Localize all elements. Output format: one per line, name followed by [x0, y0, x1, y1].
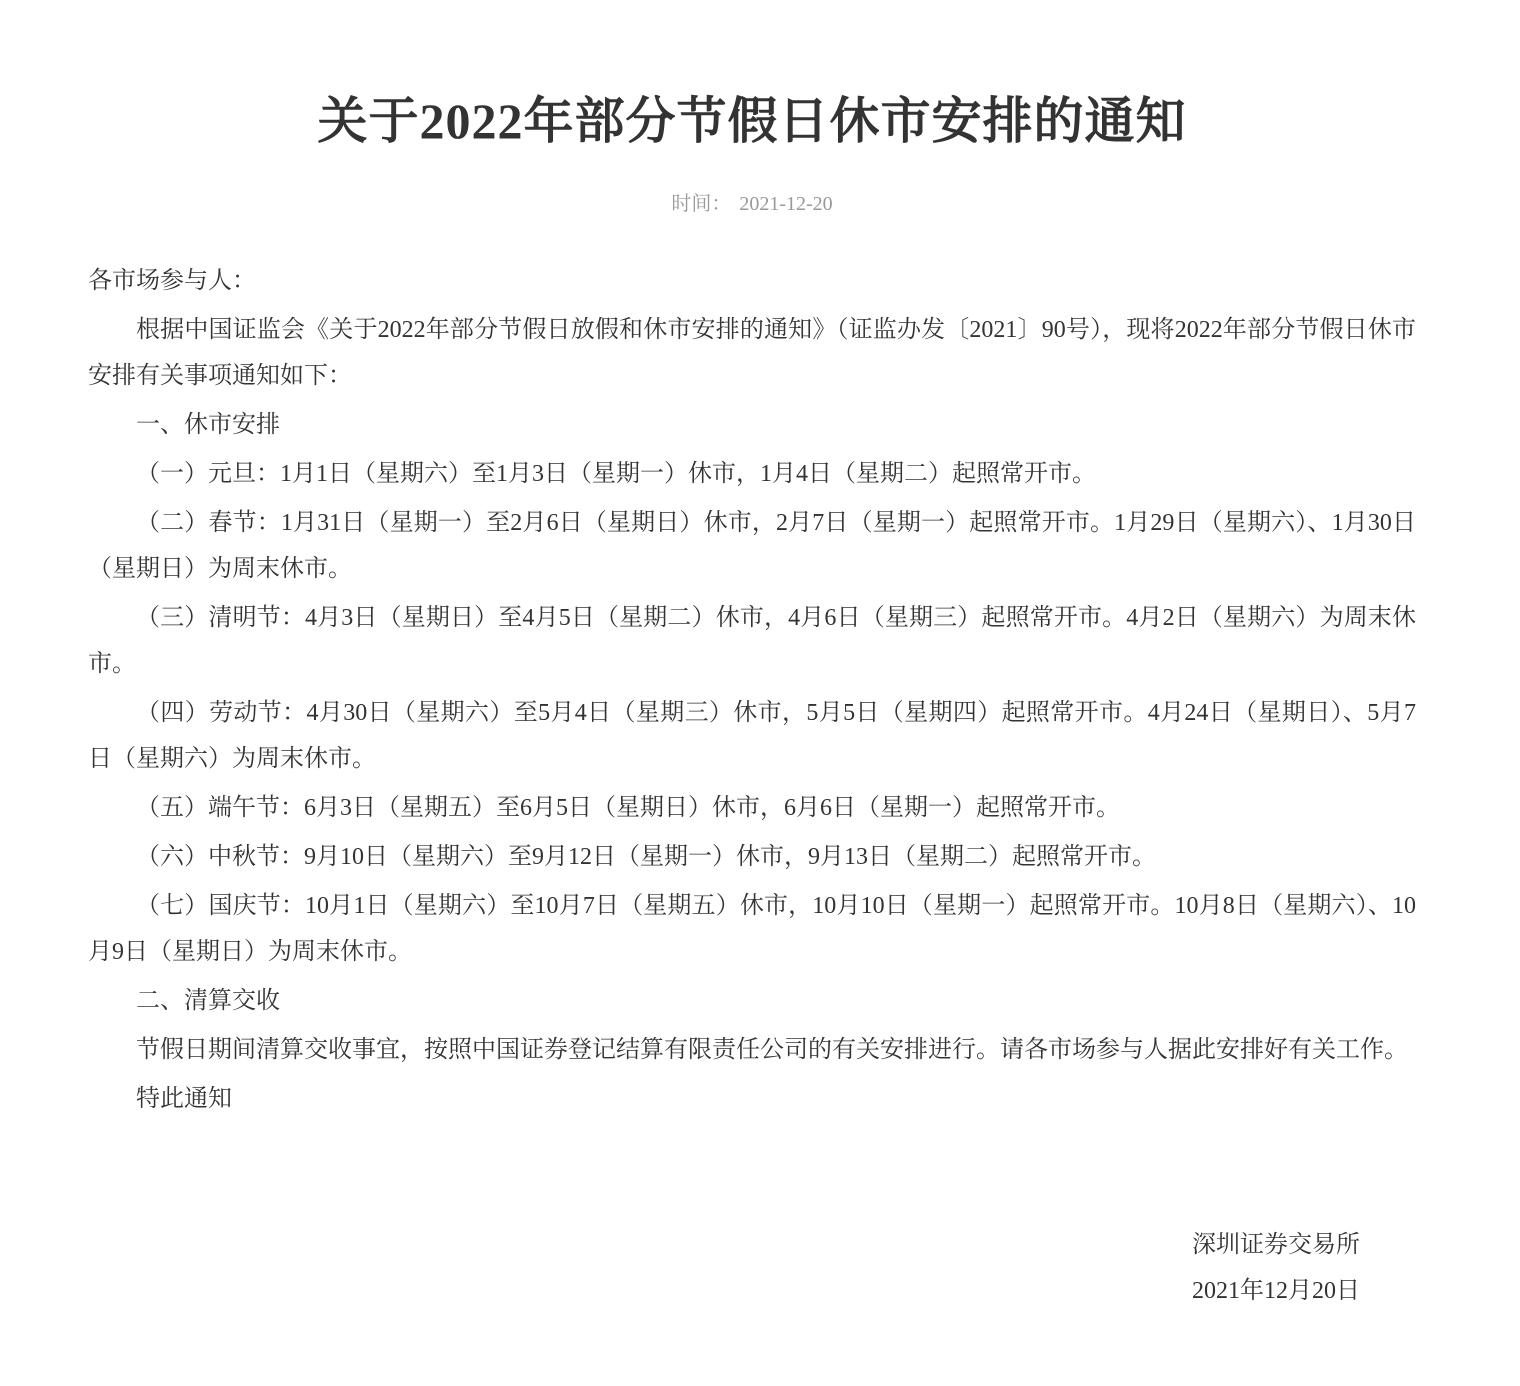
holiday-item-new-year: （一）元旦：1月1日（星期六）至1月3日（星期一）休市，1月4日（星期二）起照常… — [88, 451, 1416, 497]
time-label: 时间： — [671, 193, 731, 215]
section-1-heading: 一、休市安排 — [88, 402, 1416, 448]
holiday-item-labor-day: （四）劳动节：4月30日（星期六）至5月4日（星期三）休市，5月5日（星期四）起… — [88, 690, 1416, 782]
signature-block: 深圳证券交易所 2021年12月20日 — [1192, 1222, 1360, 1314]
holiday-item-national-day: （七）国庆节：10月1日（星期六）至10月7日（星期五）休市，10月10日（星期… — [88, 883, 1416, 975]
notice-body: 各市场参与人： 根据中国证监会《关于2022年部分节假日放假和休市安排的通知》（… — [88, 258, 1416, 1122]
closing-line: 特此通知 — [88, 1076, 1416, 1122]
section-2-heading: 二、清算交收 — [88, 978, 1416, 1024]
time-value: 2021-12-20 — [739, 193, 832, 215]
section-2-body: 节假日期间清算交收事宜，按照中国证券登记结算有限责任公司的有关安排进行。请各市场… — [88, 1027, 1416, 1073]
signature-date: 2021年12月20日 — [1192, 1268, 1360, 1314]
salutation: 各市场参与人： — [88, 258, 1416, 304]
signature-org: 深圳证券交易所 — [1192, 1222, 1360, 1268]
notice-document: 关于2022年部分节假日休市安排的通知 时间：2021-12-20 各市场参与人… — [0, 0, 1520, 1386]
publish-time-row: 时间：2021-12-20 — [88, 190, 1416, 218]
holiday-item-mid-autumn: （六）中秋节：9月10日（星期六）至9月12日（星期一）休市，9月13日（星期二… — [88, 834, 1416, 880]
holiday-item-qingming: （三）清明节：4月3日（星期日）至4月5日（星期二）休市，4月6日（星期三）起照… — [88, 595, 1416, 687]
holiday-item-spring-festival: （二）春节：1月31日（星期一）至2月6日（星期日）休市，2月7日（星期一）起照… — [88, 500, 1416, 592]
intro-paragraph: 根据中国证监会《关于2022年部分节假日放假和休市安排的通知》（证监办发〔202… — [88, 307, 1416, 399]
holiday-item-dragon-boat: （五）端午节：6月3日（星期五）至6月5日（星期日）休市，6月6日（星期一）起照… — [88, 785, 1416, 831]
page-title: 关于2022年部分节假日休市安排的通知 — [88, 88, 1416, 154]
